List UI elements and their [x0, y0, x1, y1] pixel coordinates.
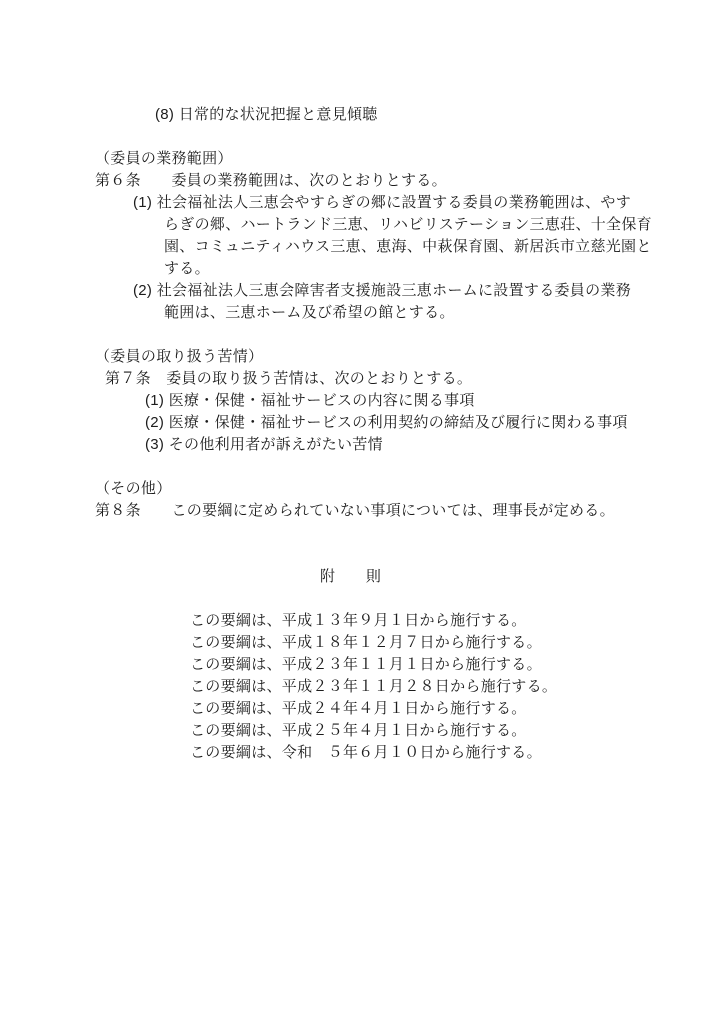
blank-line [0, 522, 724, 544]
appendix-provisions-line-6: この要綱は、平成２５年４月１日から施行する。 [190, 720, 724, 742]
blank-line [0, 456, 724, 478]
article-6-business-scope-line-4: らぎの郷、ハートランド三恵、リハビリステーション三恵荘、十全保育 [164, 214, 724, 236]
article-7-complaints-handled-line-4: (2) 医療・保健・福祉サービスの利用契約の締結及び履行に関わる事項 [145, 412, 724, 434]
document-body: (8) 日常的な状況把握と意見傾聴（委員の業務範囲）第６条 委員の業務範囲は、次… [0, 104, 724, 764]
item-8-carryover-line-1: (8) 日常的な状況把握と意見傾聴 [155, 104, 724, 126]
article-6-business-scope-line-5: 園、コミュニティハウス三恵、恵海、中萩保育園、新居浜市立慈光園と [164, 236, 724, 258]
article-6-business-scope-line-8: 範囲は、三恵ホーム及び希望の館とする。 [164, 302, 724, 324]
article-6-business-scope-line-3: (1) 社会福祉法人三恵会やすらぎの郷に設置する委員の業務範囲は、やす [133, 192, 724, 214]
article-6-business-scope-line-1: （委員の業務範囲） [95, 148, 724, 170]
blank-line [0, 126, 724, 148]
article-6-business-scope-line-2: 第６条 委員の業務範囲は、次のとおりとする。 [95, 170, 724, 192]
article-6-business-scope-line-7: (2) 社会福祉法人三恵会障害者支援施設三恵ホームに設置する委員の業務 [133, 280, 724, 302]
appendix-provisions-line-5: この要綱は、平成２４年４月１日から施行する。 [190, 698, 724, 720]
article-8-others-line-1: （その他） [95, 478, 724, 500]
article-7-complaints-handled-line-3: (1) 医療・保健・福祉サービスの内容に関る事項 [145, 390, 724, 412]
appendix-provisions-line-1: この要綱は、平成１３年９月１日から施行する。 [190, 610, 724, 632]
article-6-business-scope-line-6: する。 [164, 258, 724, 280]
appendix-provisions-line-4: この要綱は、平成２３年１１月２８日から施行する。 [190, 676, 724, 698]
blank-line [0, 588, 724, 610]
article-7-complaints-handled-line-5: (3) その他利用者が訴えがたい苦情 [145, 434, 724, 456]
document-page: (8) 日常的な状況把握と意見傾聴（委員の業務範囲）第６条 委員の業務範囲は、次… [0, 0, 724, 1024]
appendix-title-line-1: 附 則 [320, 566, 724, 588]
appendix-provisions-line-3: この要綱は、平成２３年１１月１日から施行する。 [190, 654, 724, 676]
appendix-provisions-line-7: この要綱は、令和 ５年６月１０日から施行する。 [190, 742, 724, 764]
blank-line [0, 324, 724, 346]
blank-line [0, 544, 724, 566]
article-7-complaints-handled-line-1: （委員の取り扱う苦情） [95, 346, 724, 368]
article-7-complaints-handled-line-2: 第７条 委員の取り扱う苦情は、次のとおりとする。 [105, 368, 724, 390]
article-8-others-line-2: 第８条 この要綱に定められていない事項については、理事長が定める。 [95, 500, 724, 522]
appendix-provisions-line-2: この要綱は、平成１８年１２月７日から施行する。 [190, 632, 724, 654]
